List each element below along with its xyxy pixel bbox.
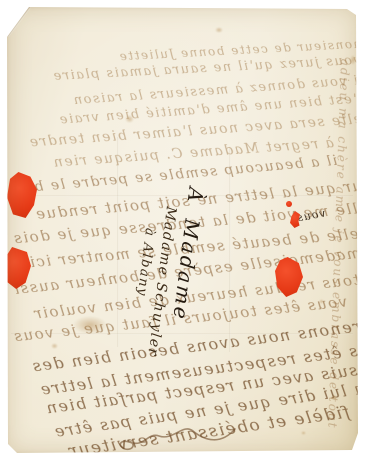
letter-photo: monsieur de cette bonne Juliette vous ju… [0, 0, 370, 460]
letter-paper: monsieur de cette bonne Juliette vous ju… [7, 7, 358, 453]
wax-seal-speck [286, 201, 292, 207]
foxing-spot [301, 431, 306, 435]
foxing-spot [51, 343, 58, 349]
signature-flourish [113, 421, 238, 451]
folded-corner-crease [7, 6, 31, 38]
foxing-spot [215, 27, 223, 33]
